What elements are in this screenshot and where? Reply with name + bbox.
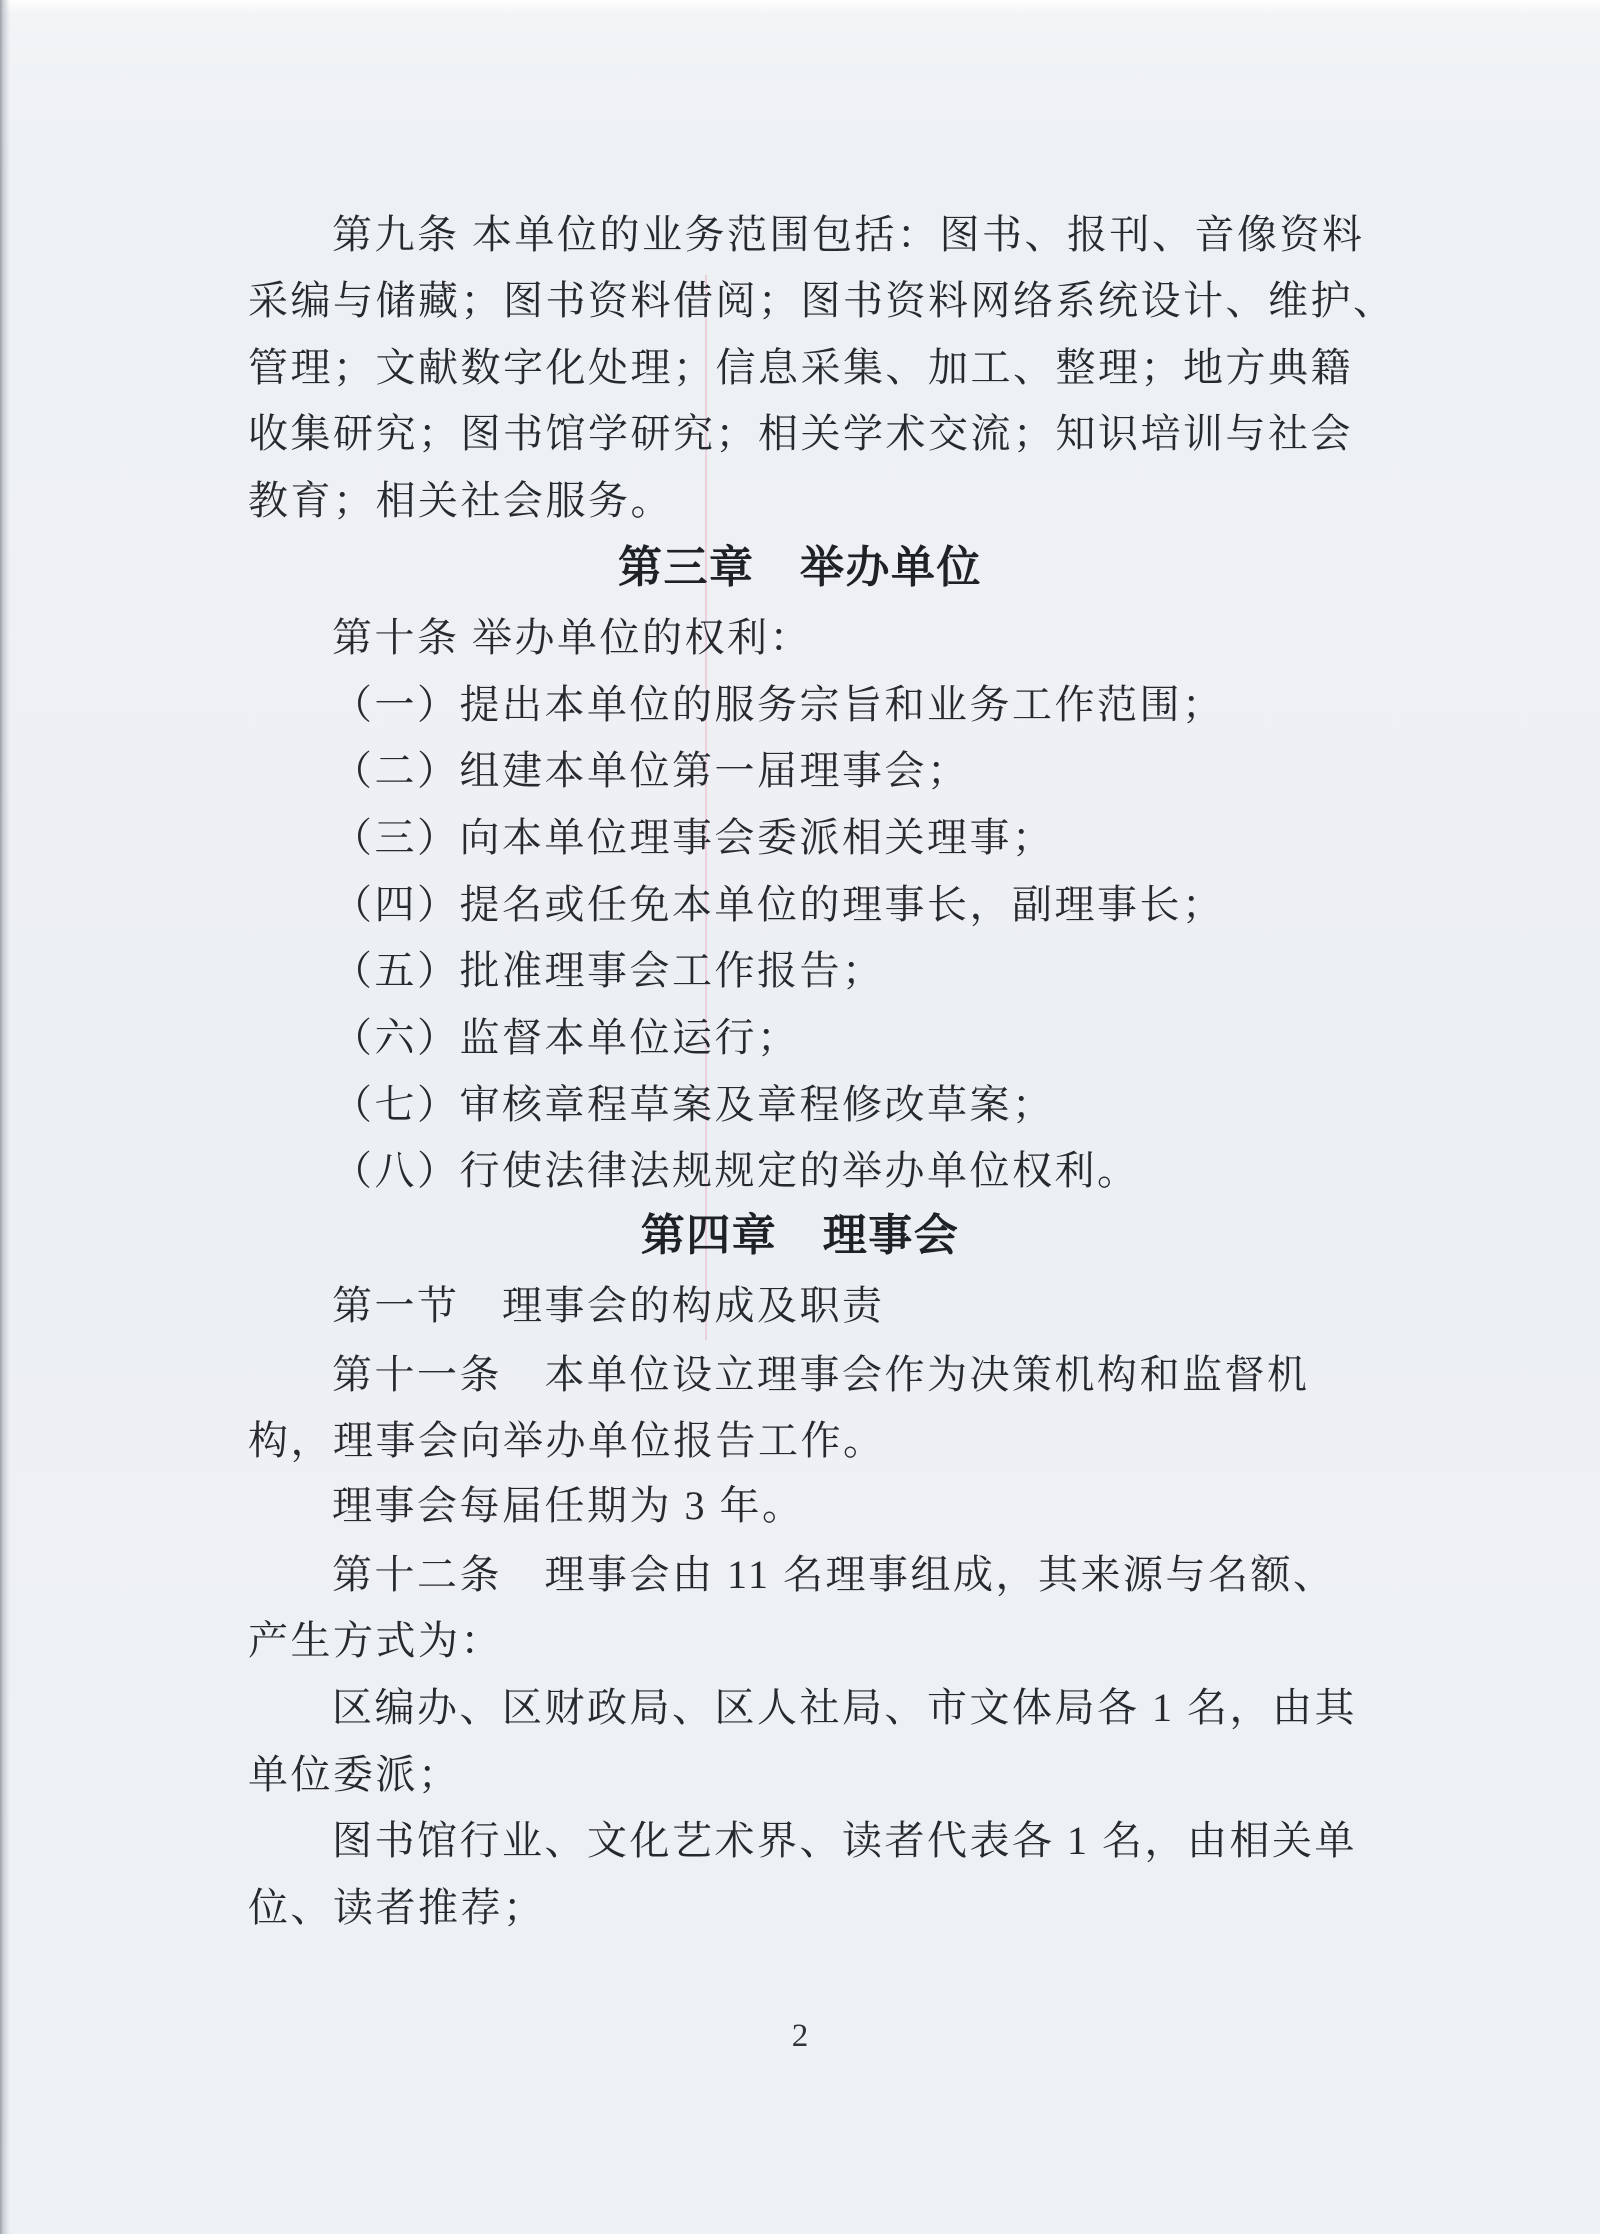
scan-top-edge-artifact [0,0,1600,14]
text-line: 构，理事会向举办单位报告工作。 [248,1415,886,1467]
text-line: 第十二条 理事会由 11 名理事组成，其来源与名额、 [332,1549,1336,1601]
text-line: 理事会每届任期为 3 年。 [332,1480,805,1532]
text-line: 收集研究；图书馆学研究；相关学术交流；知识培训与社会 [248,408,1353,460]
text-line: 第十一条 本单位设立理事会作为决策机构和监督机 [332,1349,1310,1401]
text-line: 单位委派； [248,1749,461,1801]
text-line: 管理；文献数字化处理；信息采集、加工、整理；地方典籍 [248,342,1353,394]
list-item: （八）行使法律法规规定的举办单位权利。 [332,1145,1140,1197]
text-line: 采编与储藏；图书资料借阅；图书资料网络系统设计、维护、 [248,275,1396,327]
text-line: 第九条 本单位的业务范围包括：图书、报刊、音像资料 [332,209,1365,261]
list-item: （四）提名或任免本单位的理事长，副理事长； [332,879,1225,931]
list-item: （七）审核章程草案及章程修改草案； [332,1079,1055,1131]
list-item: （三）向本单位理事会委派相关理事； [332,812,1055,864]
scan-left-edge-artifact [0,0,10,2234]
text-line: 位、读者推荐； [248,1882,546,1934]
list-item: （六）监督本单位运行； [332,1012,800,1064]
scanned-document-page: 第九条 本单位的业务范围包括：图书、报刊、音像资料 采编与储藏；图书资料借阅；图… [0,0,1600,2234]
text-line: 产生方式为： [248,1615,503,1667]
list-item: （一）提出本单位的服务宗旨和业务工作范围； [332,679,1225,731]
page-number: 2 [0,2014,1600,2058]
list-item: （二）组建本单位第一届理事会； [332,745,970,797]
list-item: （五）批准理事会工作报告； [332,945,885,997]
text-line: 教育；相关社会服务。 [248,475,673,527]
chapter-heading: 第四章 理事会 [0,1208,1600,1264]
text-line: 区编办、区财政局、区人社局、市文体局各 1 名，由其 [332,1682,1357,1734]
text-line: 图书馆行业、文化艺术界、读者代表各 1 名，由相关单 [332,1815,1357,1867]
chapter-heading: 第三章 举办单位 [0,540,1600,596]
text-line: 第十条 举办单位的权利： [332,612,812,664]
section-heading: 第一节 理事会的构成及职责 [332,1280,885,1332]
